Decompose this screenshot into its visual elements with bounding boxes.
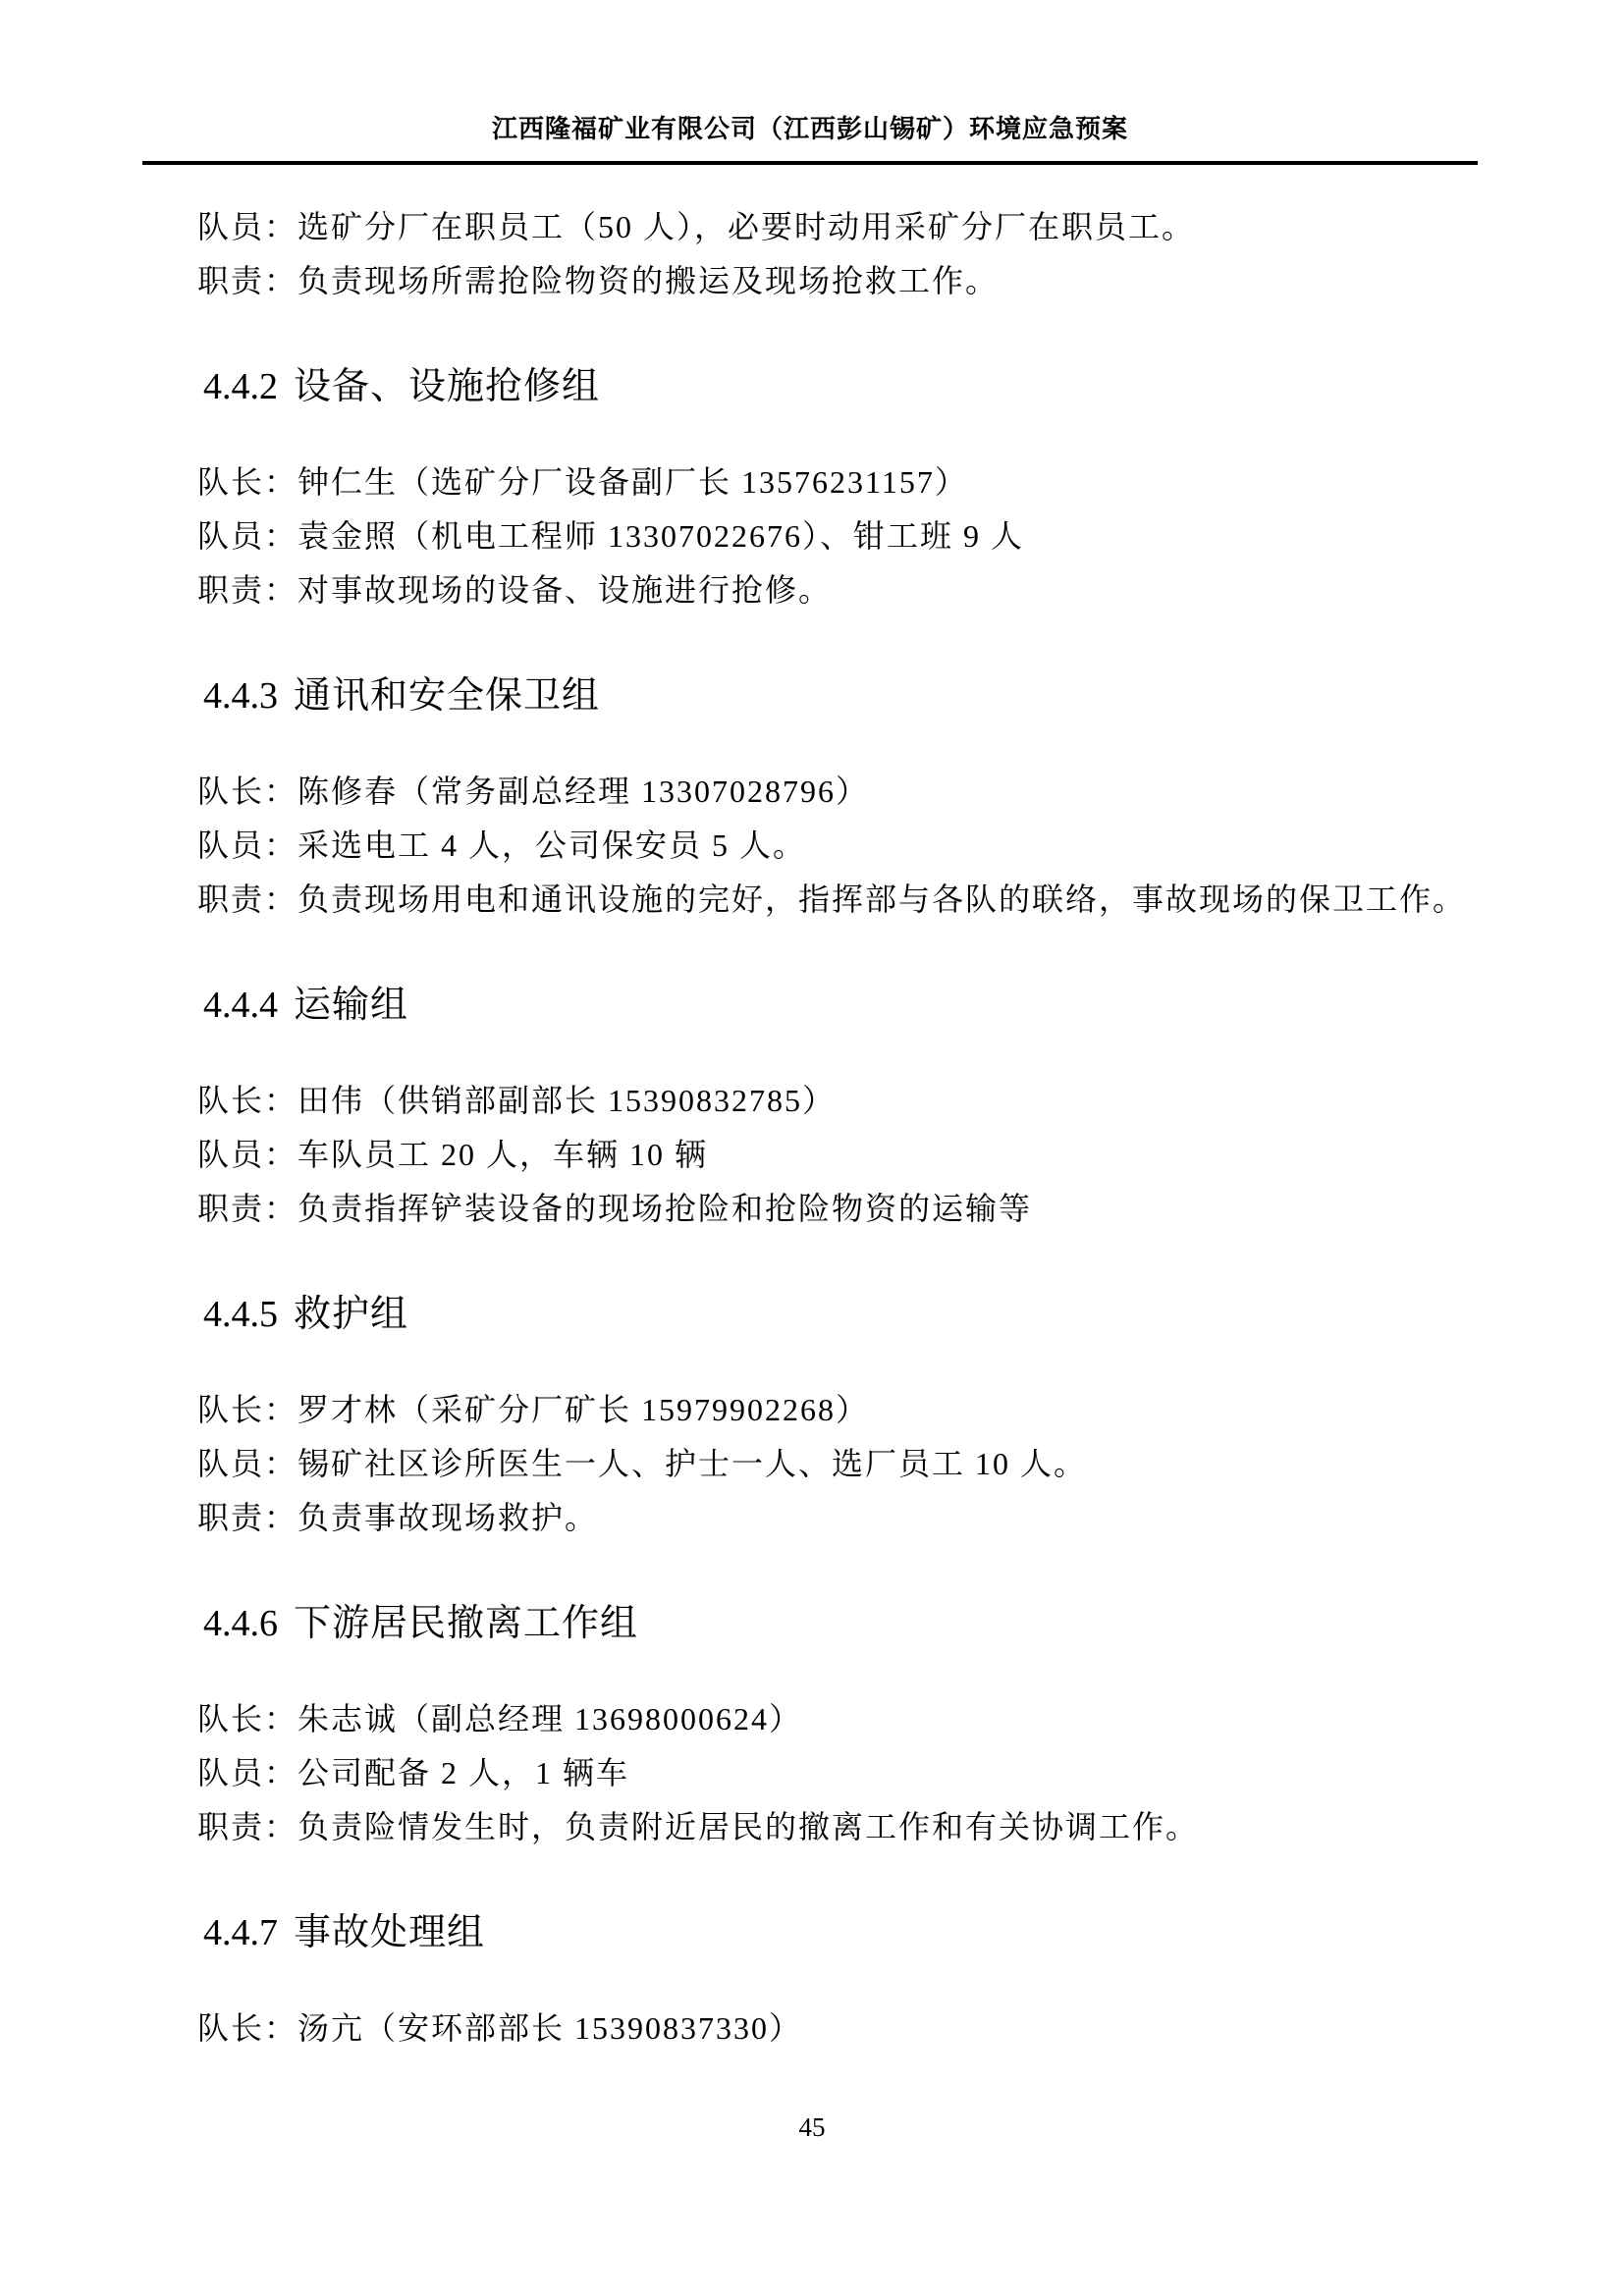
page-header-title: 江西隆福矿业有限公司（江西彭山锡矿）环境应急预案 — [142, 0, 1478, 149]
section-title: 事故处理组 — [294, 1912, 485, 1953]
section-title: 救护组 — [294, 1294, 408, 1335]
body-paragraph: 队长：田伟（供销部副部长 15390832785） — [142, 1074, 1478, 1128]
section-heading-4-4-7: 4.4.7事故处理组 — [142, 1911, 1478, 1954]
section-heading-4-4-5: 4.4.5救护组 — [142, 1293, 1478, 1336]
body-paragraph: 职责：负责现场所需抢险物资的搬运及现场抢救工作。 — [142, 254, 1478, 308]
section-heading-4-4-2: 4.4.2设备、设施抢修组 — [142, 365, 1478, 408]
section-number: 4.4.4 — [203, 984, 278, 1027]
section-number: 4.4.2 — [203, 365, 278, 408]
body-paragraph: 队长：陈修春（常务副总经理 13307028796） — [142, 765, 1478, 819]
header-rule — [142, 161, 1478, 165]
body-paragraph: 队长：朱志诚（副总经理 13698000624） — [142, 1692, 1478, 1746]
body-paragraph: 队员：锡矿社区诊所医生一人、护士一人、选厂员工 10 人。 — [142, 1437, 1478, 1491]
body-paragraph: 职责：负责指挥铲装设备的现场抢险和抢险物资的运输等 — [142, 1182, 1478, 1236]
document-body: 队员：选矿分厂在职员工（50 人），必要时动用采矿分厂在职员工。 职责：负责现场… — [142, 200, 1478, 2056]
section-number: 4.4.6 — [203, 1602, 278, 1645]
section-heading-4-4-3: 4.4.3通讯和安全保卫组 — [142, 674, 1478, 718]
section-title: 通讯和安全保卫组 — [294, 675, 600, 717]
section-heading-4-4-6: 4.4.6下游居民撤离工作组 — [142, 1602, 1478, 1645]
body-paragraph: 队员：选矿分厂在职员工（50 人），必要时动用采矿分厂在职员工。 — [142, 200, 1478, 254]
section-heading-4-4-4: 4.4.4运输组 — [142, 984, 1478, 1027]
body-paragraph: 职责：对事故现场的设备、设施进行抢修。 — [142, 563, 1478, 617]
body-paragraph: 职责：负责现场用电和通讯设施的完好，指挥部与各队的联络，事故现场的保卫工作。 — [142, 873, 1478, 927]
body-paragraph: 职责：负责险情发生时，负责附近居民的撤离工作和有关协调工作。 — [142, 1800, 1478, 1854]
section-number: 4.4.5 — [203, 1293, 278, 1336]
document-page: 江西隆福矿业有限公司（江西彭山锡矿）环境应急预案 队员：选矿分厂在职员工（50 … — [0, 0, 1624, 2296]
body-paragraph: 职责：负责事故现场救护。 — [142, 1491, 1478, 1545]
body-paragraph: 队员：袁金照（机电工程师 13307022676）、钳工班 9 人 — [142, 509, 1478, 563]
section-title: 下游居民撤离工作组 — [294, 1603, 638, 1644]
body-paragraph: 队长：钟仁生（选矿分厂设备副厂长 13576231157） — [142, 455, 1478, 509]
section-title: 运输组 — [294, 985, 408, 1026]
body-paragraph: 队员：采选电工 4 人，公司保安员 5 人。 — [142, 819, 1478, 873]
body-paragraph: 队长：罗才林（采矿分厂矿长 15979902268） — [142, 1383, 1478, 1437]
page-number: 45 — [0, 2112, 1624, 2143]
body-paragraph: 队员：公司配备 2 人，1 辆车 — [142, 1746, 1478, 1800]
section-title: 设备、设施抢修组 — [294, 366, 600, 407]
section-number: 4.4.7 — [203, 1911, 278, 1954]
section-number: 4.4.3 — [203, 674, 278, 718]
body-paragraph: 队员：车队员工 20 人，车辆 10 辆 — [142, 1128, 1478, 1182]
body-paragraph: 队长：汤亢（安环部部长 15390837330） — [142, 2002, 1478, 2056]
